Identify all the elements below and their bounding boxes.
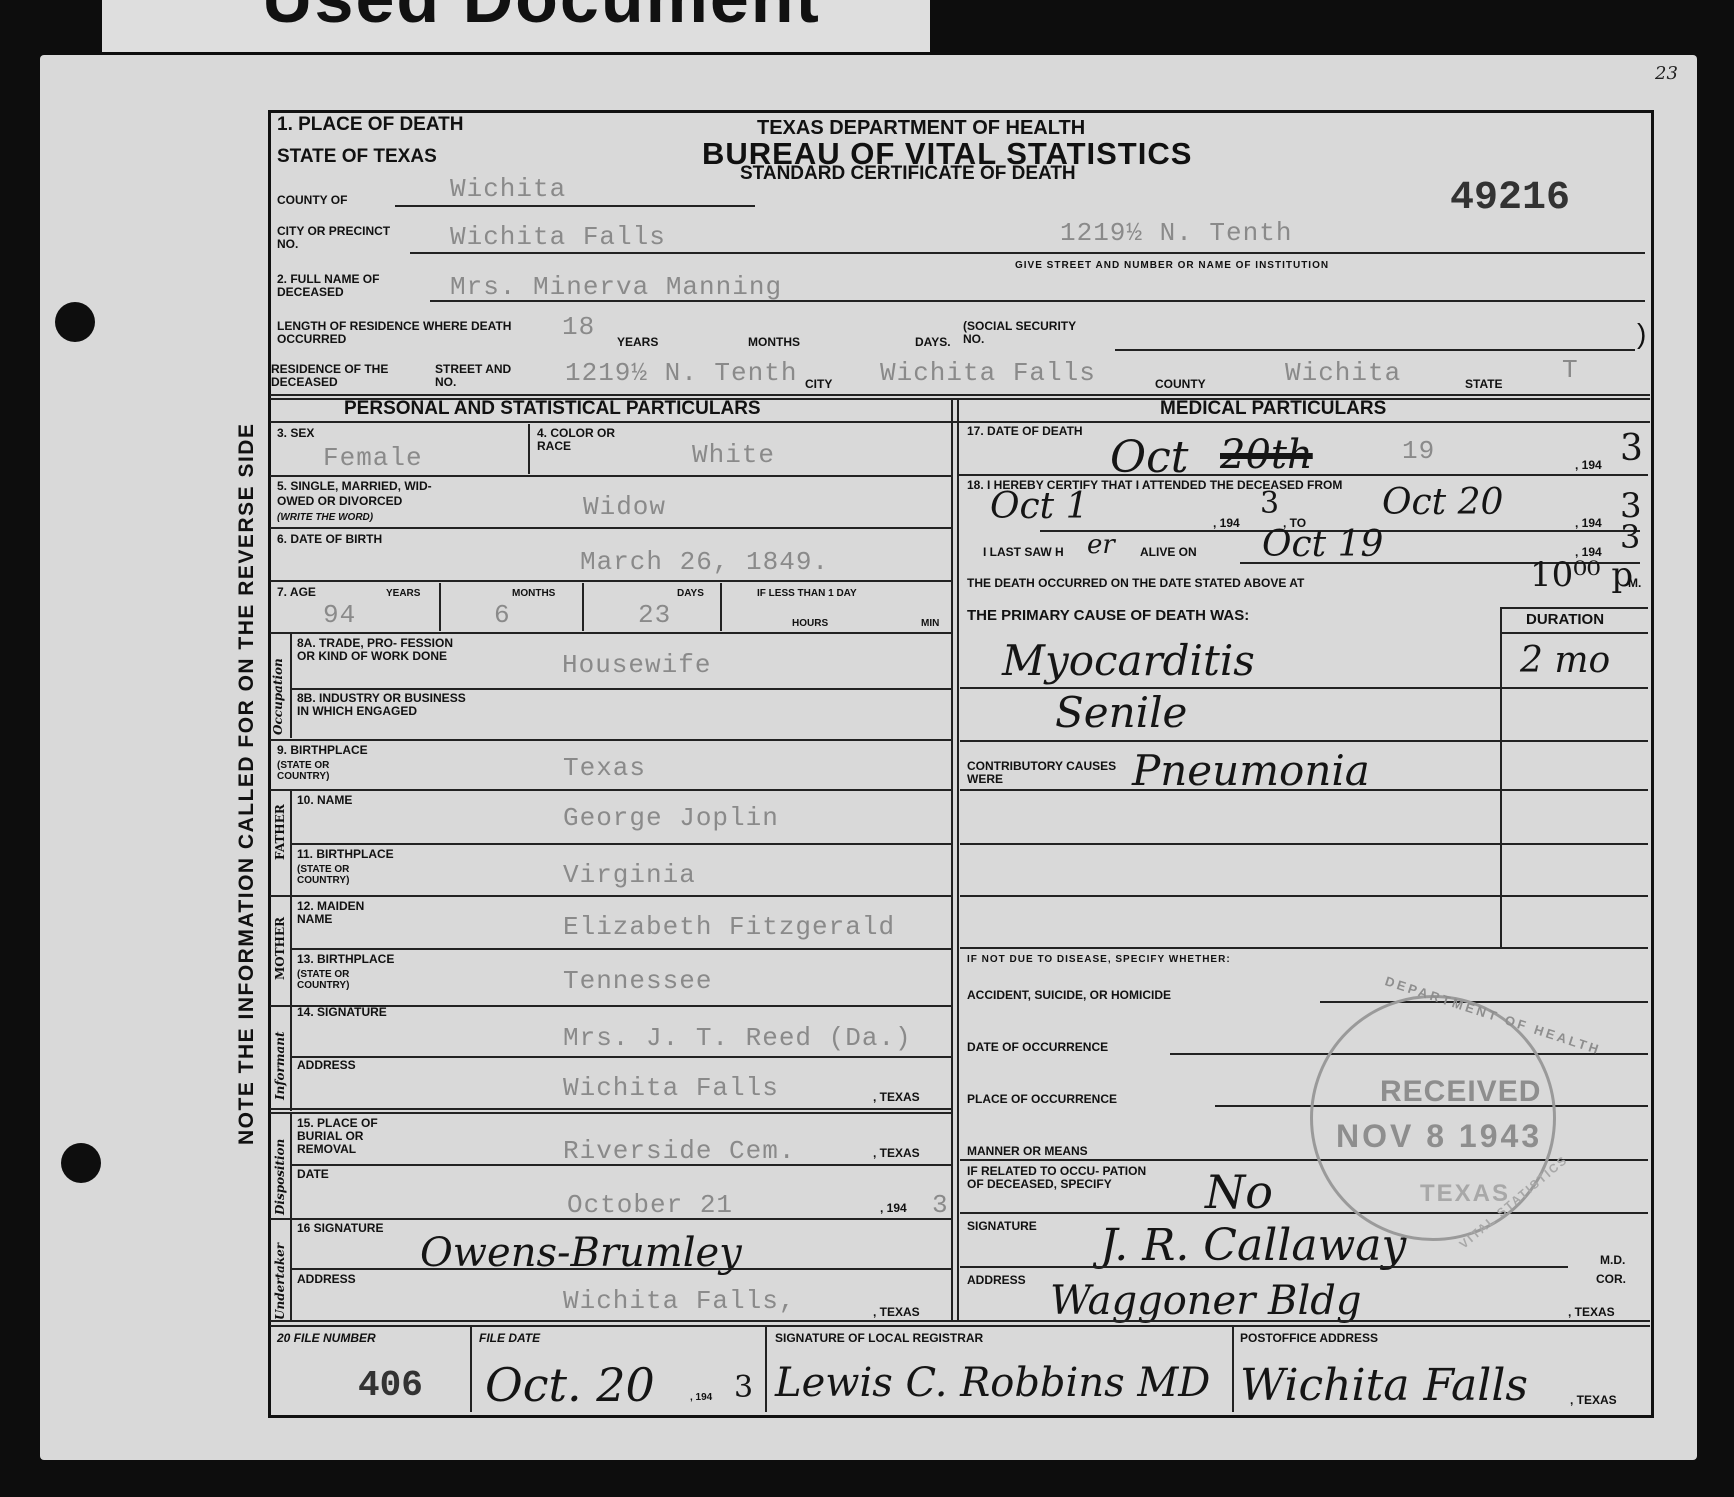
burial-year-suffix: 3	[932, 1190, 949, 1220]
center-divider	[951, 398, 953, 1322]
informant-addr-label: ADDRESS	[297, 1059, 356, 1072]
ssn-underline	[1115, 349, 1635, 351]
hours-label: HOURS	[792, 618, 828, 629]
divider	[290, 1007, 292, 1111]
divider	[270, 739, 951, 741]
contributory-label: CONTRIBUTORY CAUSES WERE	[967, 760, 1137, 786]
not-disease-label: IF NOT DUE TO DISEASE, SPECIFY WHETHER:	[967, 954, 1231, 965]
color-value: White	[692, 440, 775, 470]
age-months-label: MONTHS	[512, 588, 555, 599]
marital-label-3: (WRITE THE WORD)	[277, 512, 373, 523]
county-underline	[395, 205, 755, 207]
city-underline	[410, 252, 1645, 254]
attended-to: Oct 20	[1382, 482, 1503, 523]
time-of-death: 10⁰⁰ p	[1530, 555, 1633, 595]
age-label: 7. AGE	[277, 586, 316, 599]
divider	[528, 424, 530, 474]
divider	[290, 1268, 951, 1270]
trade-label: 8A. TRADE, PRO- FESSION OR KIND OF WORK …	[297, 637, 472, 663]
mother-maiden-value: Elizabeth Fitzgerald	[563, 912, 895, 942]
divider	[270, 394, 1650, 396]
age-days-label: DAYS	[677, 588, 704, 599]
full-name-label: 2. FULL NAME OF DECEASED	[277, 273, 427, 299]
mother-section-label: MOTHER	[273, 917, 287, 980]
father-birthplace-label-line1: 11. BIRTHPLACE	[297, 848, 394, 861]
divider	[439, 583, 441, 631]
physician-signature-label: SIGNATURE	[967, 1220, 1037, 1233]
sex-value: Female	[323, 443, 423, 473]
punch-hole-top	[55, 302, 95, 342]
divider	[960, 1266, 1568, 1268]
primary-cause-1: Myocarditis	[1002, 636, 1255, 685]
days-label: DAYS.	[915, 336, 951, 349]
ssn-label: (SOCIAL SECURITY NO.	[963, 320, 1093, 346]
birthplace-label-line1: 9. BIRTHPLACE	[277, 744, 368, 757]
stamp-received: RECEIVED	[1380, 1075, 1541, 1109]
primary-cause-label: THE PRIMARY CAUSE OF DEATH WAS:	[967, 608, 1249, 623]
file-date-year-suffix: 3	[734, 1370, 753, 1405]
dod-label: 17. DATE OF DEATH	[967, 425, 1087, 438]
occupation-related-value: No	[1205, 1165, 1273, 1219]
informant-texas: , TEXAS	[873, 1091, 920, 1104]
color-label: 4. COLOR OR RACE	[537, 427, 617, 453]
residence-length-label: LENGTH OF RESIDENCE WHERE DEATH OCCURRED	[277, 320, 547, 346]
divider	[270, 632, 951, 634]
months-label: MONTHS	[748, 336, 800, 349]
place-of-death-label: 1. PLACE OF DEATH	[277, 117, 464, 132]
full-name-value: Mrs. Minerva Manning	[450, 272, 782, 302]
divider	[270, 580, 951, 582]
occupation-section-label: Occupation	[271, 658, 285, 735]
divider	[582, 583, 584, 631]
divider	[290, 688, 951, 690]
postoffice-value: Wichita Falls	[1240, 1360, 1528, 1411]
informant-sig-label: 14. SIGNATURE	[297, 1006, 387, 1019]
burial-texas: , TEXAS	[873, 1147, 920, 1160]
mother-birthplace-label-sub: (STATE OR COUNTRY)	[297, 969, 397, 991]
last-saw-label-2: ALIVE ON	[1140, 546, 1197, 559]
birthplace-label-sub: (STATE OR COUNTRY)	[277, 760, 377, 782]
age-years: 94	[323, 600, 356, 630]
age-days: 23	[638, 600, 671, 630]
stamp-bottom: TEXAS	[1420, 1180, 1510, 1208]
divider	[270, 1320, 1650, 1322]
page-number: 23	[1655, 63, 1678, 84]
res-county-label: COUNTY	[1155, 378, 1206, 391]
divider	[290, 1056, 951, 1058]
dob-value: March 26, 1849.	[580, 547, 829, 577]
county-label: COUNTY OF	[277, 194, 347, 207]
father-birthplace-value: Virginia	[563, 860, 696, 890]
ssn-close-paren: )	[1637, 318, 1646, 350]
burial-date-value: October 21	[567, 1190, 733, 1220]
dob-label: 6. DATE OF BIRTH	[277, 533, 387, 546]
street-value: 1219½ N. Tenth	[1060, 218, 1292, 248]
res-city-label: CITY	[805, 378, 832, 391]
state-label: STATE OF TEXAS	[277, 149, 437, 164]
divider	[270, 527, 951, 529]
age-years-label: YEARS	[386, 588, 420, 599]
father-name-value: George Joplin	[563, 803, 779, 833]
attended-from-year-prefix: , 194	[1213, 517, 1240, 530]
age-lt-day-label: IF LESS THAN 1 DAY	[757, 588, 857, 599]
informant-section-label: Informant	[273, 1031, 287, 1100]
city-label: CITY OR PRECINCT NO.	[277, 225, 407, 251]
divider	[290, 897, 292, 1005]
informant-addr-value: Wichita Falls	[563, 1073, 779, 1103]
undertaker-addr-label: ADDRESS	[297, 1273, 356, 1286]
min-label: MIN	[921, 618, 939, 629]
dod-year-suffix: 3	[1620, 428, 1643, 469]
divider	[290, 634, 292, 738]
file-number-label: 20 FILE NUMBER	[277, 1332, 376, 1345]
reverse-side-note: NOTE THE INFORMATION CALLED FOR ON THE R…	[235, 423, 259, 1145]
physician-address-label: ADDRESS	[967, 1274, 1026, 1287]
punch-hole-bottom	[61, 1143, 101, 1183]
divider	[290, 1164, 951, 1166]
dod-day: 19	[1402, 436, 1435, 466]
physician-address: Waggoner Bldg	[1050, 1278, 1361, 1324]
burial-value: Riverside Cem.	[563, 1136, 795, 1166]
header-label-strip: Used Document	[102, 0, 930, 52]
file-date: Oct. 20	[485, 1358, 655, 1412]
divider	[290, 843, 951, 845]
dod-year-prefix: , 194	[1575, 459, 1602, 472]
divider	[958, 474, 1648, 476]
file-date-year-prefix: , 194	[690, 1392, 712, 1403]
divider	[960, 1212, 1648, 1214]
attended-from-year-suffix: 3	[1260, 486, 1279, 521]
header-strip-text: Used Document	[262, 0, 821, 38]
city-value: Wichita Falls	[450, 222, 666, 252]
divider	[270, 1112, 951, 1114]
res-state: T	[1562, 355, 1579, 385]
cor-label: COR.	[1596, 1273, 1626, 1286]
physician-texas: , TEXAS	[1568, 1306, 1615, 1319]
divider	[270, 475, 951, 477]
place-occurrence-label: PLACE OF OCCURRENCE	[967, 1093, 1117, 1106]
divider	[290, 1114, 292, 1218]
last-saw-date: Oct 19	[1262, 524, 1383, 565]
trade-value: Housewife	[562, 650, 711, 680]
res-city: Wichita Falls	[880, 358, 1096, 388]
last-saw-her: er	[1087, 530, 1115, 560]
last-saw-year-suffix: 3	[1620, 518, 1640, 556]
divider	[270, 1108, 951, 1110]
undertaker-texas: , TEXAS	[873, 1306, 920, 1319]
divider	[960, 895, 1648, 897]
stamp-date: NOV 8 1943	[1336, 1118, 1542, 1155]
primary-cause-2: Senile	[1055, 688, 1187, 737]
occurred-label: THE DEATH OCCURRED ON THE DATE STATED AB…	[967, 577, 1304, 590]
file-number: 406	[358, 1365, 423, 1406]
father-name-label: 10. NAME	[297, 794, 352, 807]
divider	[270, 1325, 1650, 1327]
street-caption: GIVE STREET AND NUMBER OR NAME OF INSTIT…	[1015, 260, 1329, 271]
divider	[765, 1327, 767, 1412]
manner-label: MANNER OR MEANS	[967, 1145, 1088, 1158]
divider	[270, 789, 951, 791]
burial-year-prefix: , 194	[880, 1202, 907, 1215]
industry-label: 8B. INDUSTRY OR BUSINESS IN WHICH ENGAGE…	[297, 692, 472, 718]
undertaker-sig-label: 16 SIGNATURE	[297, 1222, 383, 1235]
divider	[270, 895, 951, 897]
divider	[1500, 607, 1648, 609]
disposition-section-label: Disposition	[273, 1139, 287, 1215]
informant-sig-value: Mrs. J. T. Reed (Da.)	[563, 1023, 912, 1053]
occupation-related-label: IF RELATED TO OCCU- PATION OF DECEASED, …	[967, 1165, 1157, 1191]
divider	[960, 947, 1648, 949]
file-date-label: FILE DATE	[479, 1332, 540, 1345]
divider	[290, 1220, 292, 1320]
undertaker-addr-value: Wichita Falls,	[563, 1286, 795, 1316]
divider	[270, 421, 1650, 423]
res-street: 1219½ N. Tenth	[565, 358, 797, 388]
marital-value: Widow	[583, 492, 666, 522]
certificate-number: 49216	[1450, 176, 1570, 221]
father-section-label: FATHER	[273, 804, 287, 860]
divider	[1320, 1001, 1648, 1003]
divider	[960, 740, 1648, 742]
burial-label: 15. PLACE OF BURIAL OR REMOVAL	[297, 1117, 417, 1156]
burial-date-label: DATE	[297, 1168, 329, 1181]
accident-label: ACCIDENT, SUICIDE, OR HOMICIDE	[967, 989, 1171, 1002]
md-label: M.D.	[1600, 1254, 1625, 1267]
personal-section-title: PERSONAL AND STATISTICAL PARTICULARS	[344, 398, 761, 420]
divider	[960, 843, 1648, 845]
registrar-label: SIGNATURE OF LOCAL REGISTRAR	[775, 1332, 983, 1345]
residence-years: 18	[562, 312, 595, 342]
divider	[1500, 632, 1648, 634]
dod-struck-text: 20th	[1220, 432, 1313, 478]
date-occurrence-label: DATE OF OCCURRENCE	[967, 1041, 1108, 1054]
attended-from: Oct 1	[990, 486, 1089, 527]
contributory-value: Pneumonia	[1132, 746, 1370, 795]
divider	[470, 1327, 472, 1412]
physician-signature: J. R. Callaway	[1100, 1220, 1406, 1271]
mother-birthplace-value: Tennessee	[563, 966, 712, 996]
birthplace-value: Texas	[563, 753, 646, 783]
divider	[720, 583, 722, 631]
age-months: 6	[494, 600, 511, 630]
divider	[290, 948, 951, 950]
sex-label: 3. SEX	[277, 427, 314, 440]
street-no-label: STREET AND NO.	[435, 363, 515, 389]
years-label: YEARS	[617, 336, 658, 349]
marital-label-1: 5. SINGLE, MARRIED, WID-	[277, 480, 432, 493]
undertaker-section-label: Undertaker	[273, 1243, 287, 1320]
postoffice-label: POSTOFFICE ADDRESS	[1240, 1332, 1378, 1345]
time-suffix: M.	[1628, 577, 1641, 590]
father-birthplace-label-sub: (STATE OR COUNTRY)	[297, 864, 397, 886]
certificate-title: STANDARD CERTIFICATE OF DEATH	[740, 163, 1076, 185]
divider	[270, 1218, 951, 1220]
registrar-signature: Lewis C. Robbins MD	[775, 1360, 1210, 1406]
center-divider	[957, 398, 959, 1322]
mother-birthplace-label-line1: 13. BIRTHPLACE	[297, 953, 394, 966]
res-county: Wichita	[1285, 358, 1401, 388]
attended-to-year-prefix: , 194	[1575, 517, 1602, 530]
last-saw-label-1: I LAST SAW H	[983, 546, 1064, 559]
county-value: Wichita	[450, 174, 566, 204]
postoffice-texas: , TEXAS	[1570, 1394, 1617, 1407]
divider	[960, 789, 1648, 791]
mother-maiden-label: 12. MAIDEN NAME	[297, 900, 397, 926]
duration-value: 2 mo	[1520, 640, 1610, 681]
res-state-label: STATE	[1465, 378, 1503, 391]
medical-section-title: MEDICAL PARTICULARS	[1160, 398, 1386, 420]
divider	[1232, 1327, 1234, 1412]
duration-label: DURATION	[1526, 612, 1604, 627]
residence-label: RESIDENCE OF THE DECEASED	[271, 363, 421, 389]
marital-label-2: OWED OR DIVORCED	[277, 495, 402, 508]
